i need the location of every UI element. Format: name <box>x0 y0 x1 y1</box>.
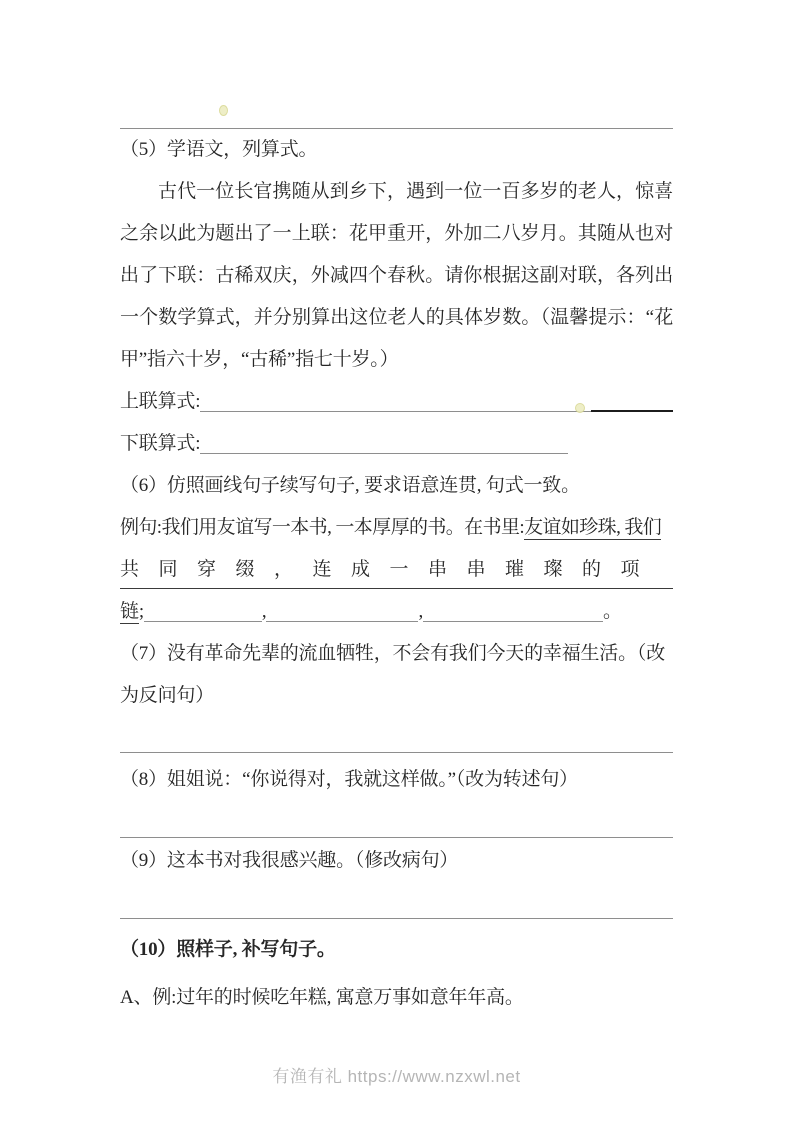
question-8-answer-line <box>120 801 673 838</box>
lower-couplet-row: 下联算式: <box>120 423 673 465</box>
example-sentence-line-1: 例句:我们用友谊写一本书, 一本厚厚的书。在书里:友谊如珍珠, 我们 <box>120 507 673 549</box>
scan-speck-2 <box>575 403 585 413</box>
question-5-heading: （5）学语文，列算式。 <box>120 129 673 171</box>
question-7-answer-line <box>120 717 673 753</box>
question-9-answer-line <box>120 882 673 919</box>
footer-watermark: 有渔有礼 https://www.nzxwl.net <box>0 1062 793 1087</box>
question-6-heading: （6）仿照画线句子续写句子, 要求语意连贯, 句式一致。 <box>120 465 673 507</box>
upper-couplet-answer-line-dark-segment <box>591 410 673 412</box>
document-body: （5）学语文，列算式。 古代一位长官携随从到乡下，遇到一位一百多岁的老人，惊喜之… <box>120 0 673 1019</box>
example-sentence-prefix: 例句:我们用友谊写一本书, 一本厚厚的书。在书里: <box>120 517 524 538</box>
question-7-text: （7）没有革命先辈的流血牺牲，不会有我们今天的幸福生活。（改为反问句） <box>120 633 673 717</box>
example-underlined-part-3: 链 <box>120 601 139 624</box>
question-10-item-a: A、例:过年的时候吃年糕, 寓意万事如意年年高。 <box>120 977 673 1019</box>
scan-speck-1 <box>219 105 228 116</box>
question-9-text: （9）这本书对我很感兴趣。（修改病句） <box>120 840 673 882</box>
example-underlined-part-2: 共同穿缀，连成一串串璀璨的项 <box>120 553 673 589</box>
lower-couplet-label: 下联算式: <box>120 423 200 465</box>
example-sentence-line-3: 链;,,。 <box>120 591 673 633</box>
question-5-passage: 古代一位长官携随从到乡下，遇到一位一百多岁的老人，惊喜之余以此为题出了一上联：花… <box>120 171 673 381</box>
top-answer-line <box>120 118 673 129</box>
question-10-heading: （10）照样子, 补写句子。 <box>120 929 673 971</box>
lower-couplet-answer-line <box>200 453 568 454</box>
fill-in-blank-3 <box>423 597 603 622</box>
example-underlined-part-1: 友谊如珍珠, 我们 <box>524 517 661 540</box>
fill-in-blank-2 <box>266 597 418 622</box>
question-8-text: （8）姐姐说：“你说得对，我就这样做。”（改为转述句） <box>120 759 673 801</box>
fill-in-blank-1 <box>144 597 262 622</box>
upper-couplet-answer-line <box>200 411 591 412</box>
upper-couplet-row: 上联算式: <box>120 381 673 423</box>
example-sentence-line-2: 共同穿缀，连成一串串璀璨的项 <box>120 549 673 591</box>
period-mark: 。 <box>603 601 622 622</box>
worksheet-page: （5）学语文，列算式。 古代一位长官携随从到乡下，遇到一位一百多岁的老人，惊喜之… <box>0 0 793 1122</box>
upper-couplet-label: 上联算式: <box>120 381 200 423</box>
